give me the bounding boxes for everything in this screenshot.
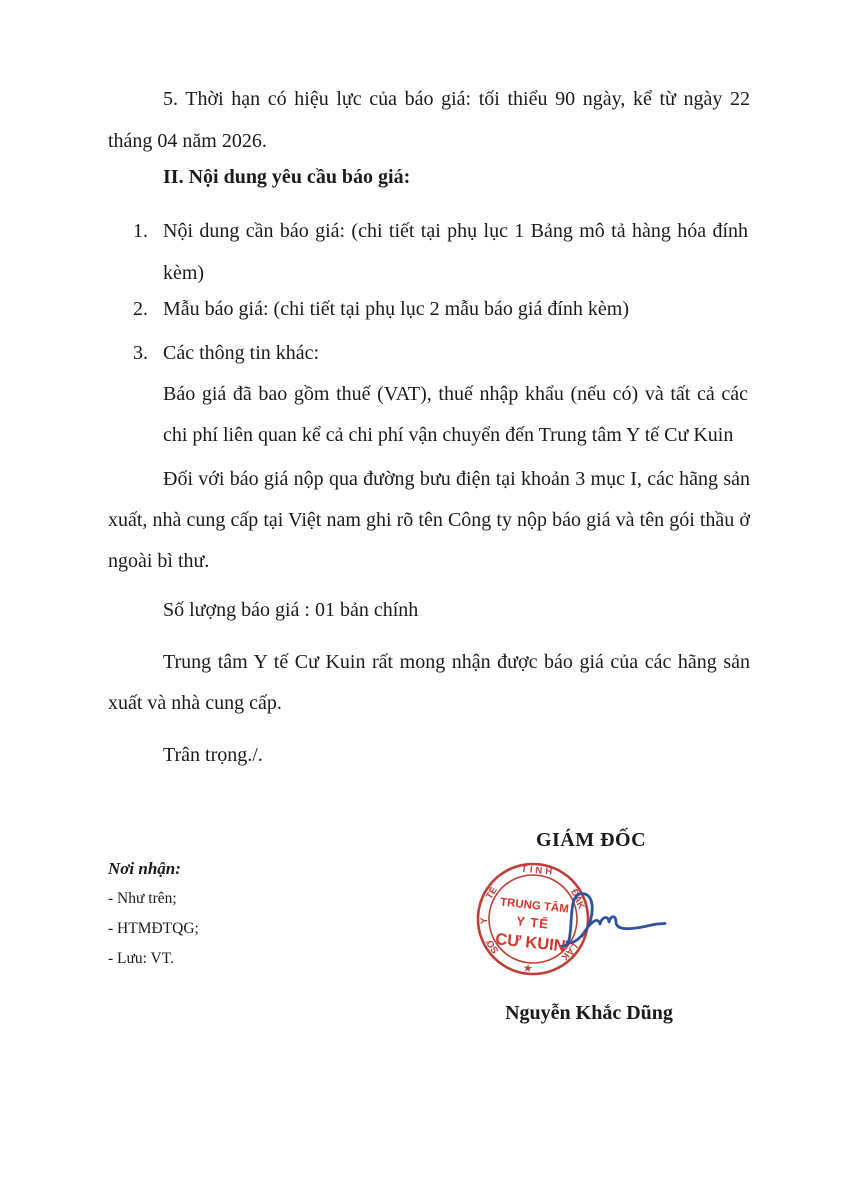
paragraph-postal-note: Đối với báo giá nộp qua đường bưu điện t… bbox=[108, 459, 750, 582]
paragraph-quantity: Số lượng báo giá : 01 bản chính bbox=[163, 590, 748, 631]
list-item-3: 3. Các thông tin khác: bbox=[163, 332, 748, 374]
paragraph-regards: Trân trọng./. bbox=[163, 735, 263, 776]
stamp-ring-word-y: Y bbox=[479, 917, 490, 924]
paragraph-vat-note: Báo giá đã bao gồm thuế (VAT), thuế nhập… bbox=[163, 374, 748, 456]
paragraph-validity: 5. Thời hạn có hiệu lực của báo giá: tối… bbox=[108, 78, 750, 162]
recipient-item-1: - Như trên; bbox=[108, 890, 177, 908]
list-item-1-text: Nội dung cần báo giá: (chi tiết tại phụ … bbox=[163, 220, 748, 284]
recipient-item-2: - HTMĐTQG; bbox=[108, 920, 199, 938]
list-item-3-text: Các thông tin khác: bbox=[163, 342, 319, 364]
paragraph-closing: Trung tâm Y tế Cư Kuin rất mong nhận đượ… bbox=[108, 642, 750, 724]
list-item-1: 1. Nội dung cần báo giá: (chi tiết tại p… bbox=[163, 210, 748, 294]
list-item-1-number: 1. bbox=[133, 210, 163, 252]
document-page: 5. Thời hạn có hiệu lực của báo giá: tối… bbox=[0, 0, 849, 1200]
handwritten-signature bbox=[548, 868, 718, 963]
stamp-star-icon: ★ bbox=[522, 962, 533, 975]
list-item-2-text: Mẫu báo giá: (chi tiết tại phụ lục 2 mẫu… bbox=[163, 298, 629, 320]
section-heading: II. Nội dung yêu cầu báo giá: bbox=[163, 166, 410, 189]
list-item-2-number: 2. bbox=[133, 288, 163, 330]
signature-stroke-icon bbox=[562, 894, 665, 947]
signer-name: Nguyễn Khắc Dũng bbox=[459, 1002, 719, 1025]
recipients-heading: Nơi nhận: bbox=[108, 859, 181, 879]
list-item-3-number: 3. bbox=[133, 332, 163, 374]
stamp-center-line-2: Y TẾ bbox=[516, 913, 550, 931]
recipient-item-3: - Lưu: VT. bbox=[108, 950, 174, 968]
list-item-2: 2. Mẫu báo giá: (chi tiết tại phụ lục 2 … bbox=[163, 288, 748, 330]
